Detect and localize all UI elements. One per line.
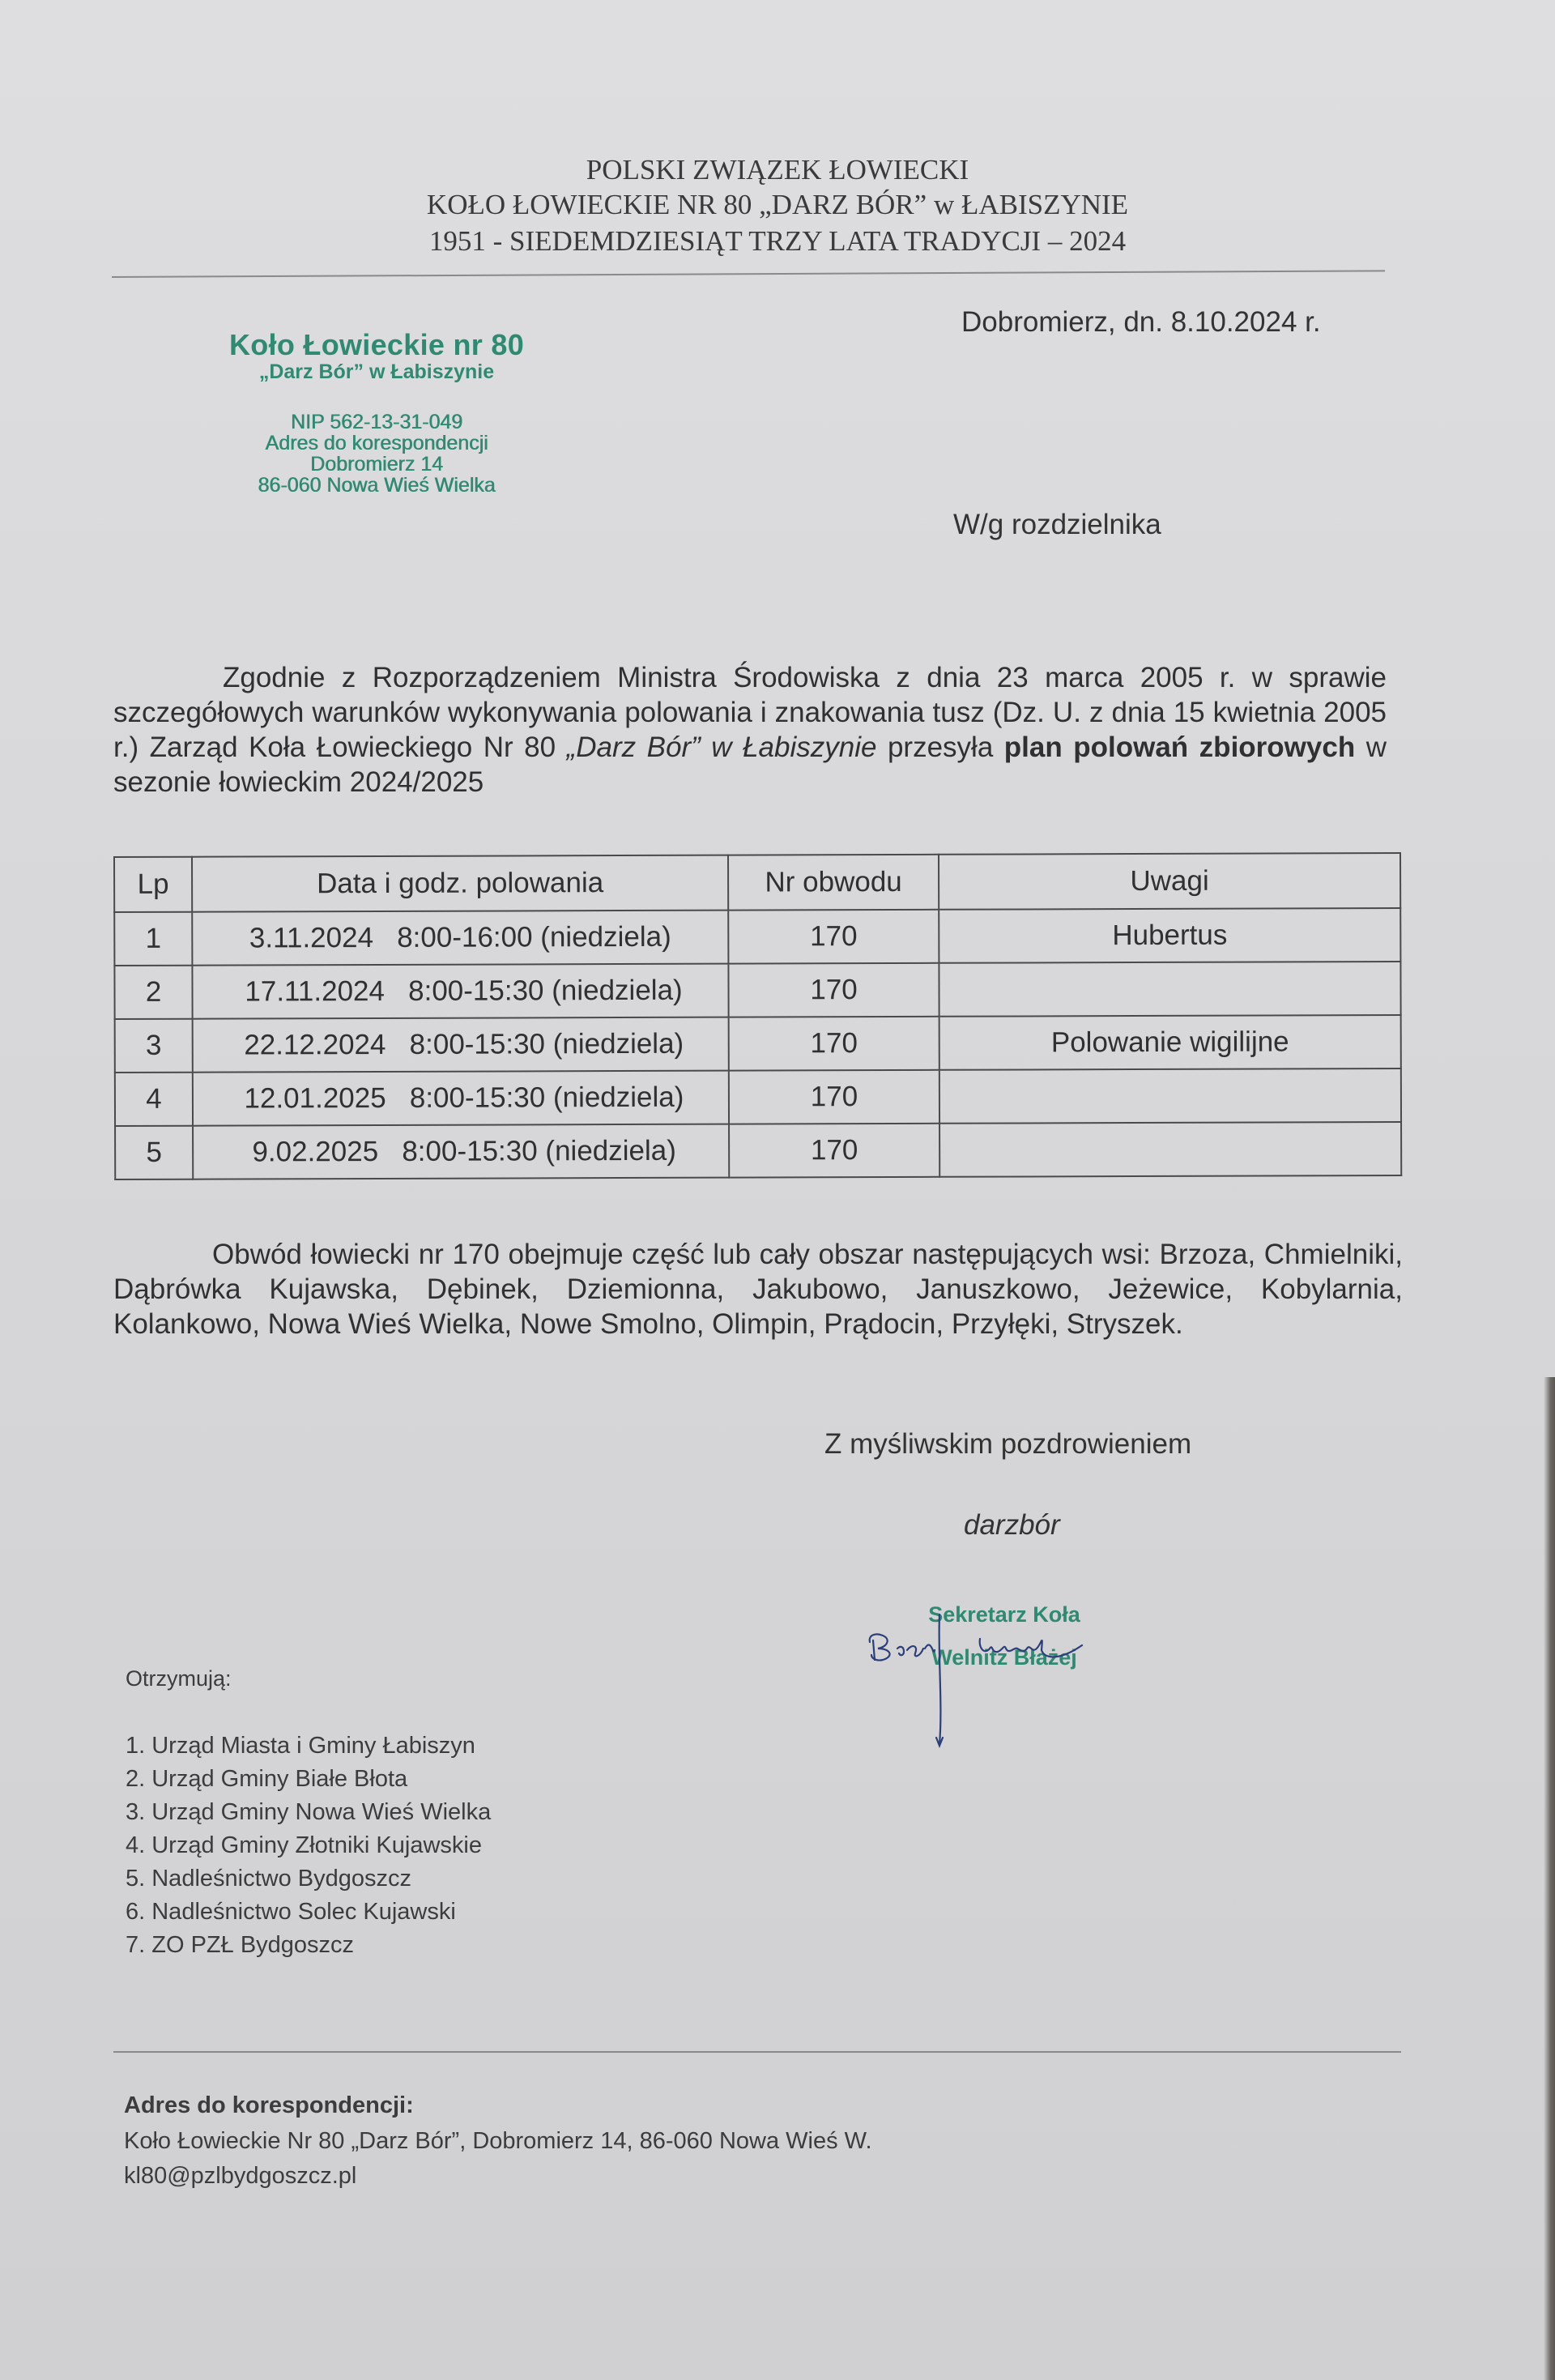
cell-notes (939, 1122, 1401, 1177)
club-stamp: Koło Łowieckie nr 80 „Darz Bór” w Łabisz… (202, 328, 551, 496)
body-paragraph: Zgodnie z Rozporządzeniem Ministra Środo… (113, 660, 1387, 800)
cell-lp: 2 (114, 966, 192, 1019)
cell-lp: 4 (115, 1073, 193, 1126)
hunt-plan-table: Lp Data i godz. polowania Nr obwodu Uwag… (113, 852, 1402, 1180)
cell-notes: Polowanie wigilijne (939, 1015, 1401, 1070)
table-row: 5 9.02.2025 8:00-15:30 (niedziela) 170 (115, 1122, 1401, 1179)
cell-notes (939, 962, 1400, 1017)
table-row: 3 22.12.2024 8:00-15:30 (niedziela) 170 … (115, 1015, 1401, 1073)
list-item: 5. Nadleśnictwo Bydgoszcz (126, 1862, 491, 1896)
body-club-name: „Darz Bór” w Łabiszynie (567, 731, 877, 763)
table-row: 1 3.11.2024 8:00-16:00 (niedziela) 170 H… (114, 908, 1400, 966)
col-header-district: Nr obwodu (728, 855, 939, 911)
list-item: 1. Urząd Miasta i Gminy Łabiszyn (126, 1730, 491, 1763)
stamp-postal: 86-060 Nowa Wieś Wielka (202, 475, 551, 496)
page-edge-shadow (1544, 1377, 1555, 2380)
distribution-list: 1. Urząd Miasta i Gminy Łabiszyn 2. Urzą… (126, 1730, 491, 1962)
list-item: 7. ZO PZŁ Bydgoszcz (126, 1929, 491, 1962)
letter-date: Dobromierz, dn. 8.10.2024 r. (961, 306, 1321, 339)
footer-address: Koło Łowieckie Nr 80 „Darz Bór”, Dobromi… (124, 2128, 872, 2155)
stamp-title: Koło Łowieckie nr 80 (202, 328, 551, 362)
body-text-2: przesyła (876, 731, 1003, 763)
cell-district: 170 (728, 963, 939, 1017)
cell-date: 22.12.2024 8:00-15:30 (niedziela) (193, 1017, 729, 1073)
col-header-notes: Uwagi (939, 853, 1400, 910)
list-item: 6. Nadleśnictwo Solec Kujawski (126, 1896, 491, 1929)
header-tradition-line: 1951 - SIEDEMDZIESIĄT TRZY LATA TRADYCJI… (0, 225, 1555, 258)
table-row: 2 17.11.2024 8:00-15:30 (niedziela) 170 (114, 962, 1400, 1019)
cell-date: 9.02.2025 8:00-15:30 (niedziela) (193, 1124, 729, 1179)
cell-notes: Hubertus (939, 908, 1400, 963)
header-organization: POLSKI ZWIĄZEK ŁOWIECKI (0, 154, 1555, 186)
stamp-address-label: Adres do korespondencji (202, 433, 551, 454)
closing-greeting: Z myśliwskim pozdrowieniem (824, 1428, 1191, 1461)
table-row: 4 12.01.2025 8:00-15:30 (niedziela) 170 (115, 1068, 1401, 1126)
cell-district: 170 (729, 1124, 939, 1178)
cell-date: 12.01.2025 8:00-15:30 (niedziela) (193, 1071, 729, 1126)
footer-divider (113, 2051, 1401, 2053)
cell-district: 170 (728, 910, 939, 964)
list-item: 2. Urząd Gminy Białe Błota (126, 1763, 491, 1796)
stamp-street: Dobromierz 14 (202, 454, 551, 475)
stamp-nip: NIP 562-13-31-049 (202, 412, 551, 433)
closing-signoff: darzbór (964, 1509, 1060, 1542)
stamp-subtitle: „Darz Bór” w Łabiszynie (202, 360, 551, 384)
villages-intro: Obwód łowiecki nr 170 obejmuje część lub… (212, 1239, 1151, 1270)
cell-lp: 1 (114, 912, 192, 966)
cell-district: 170 (729, 1070, 939, 1124)
cell-lp: 3 (115, 1019, 193, 1073)
letter-recipient: W/g rozdzielnika (953, 509, 1161, 541)
cell-lp: 5 (115, 1126, 193, 1179)
villages-paragraph: Obwód łowiecki nr 170 obejmuje część lub… (113, 1237, 1403, 1341)
col-header-lp: Lp (114, 857, 192, 912)
cell-date: 3.11.2024 8:00-16:00 (niedziela) (192, 911, 728, 966)
list-item: 3. Urząd Gminy Nowa Wieś Wielka (126, 1796, 491, 1829)
col-header-date: Data i godz. polowania (192, 855, 728, 912)
list-item: 4. Urząd Gminy Złotniki Kujawskie (126, 1829, 491, 1862)
table-header-row: Lp Data i godz. polowania Nr obwodu Uwag… (114, 853, 1400, 912)
cell-district: 170 (729, 1017, 939, 1071)
header-club-name: KOŁO ŁOWIECKIE NR 80 „DARZ BÓR” w ŁABISZ… (0, 189, 1555, 221)
body-plan-title: plan polowań zbiorowych (1004, 731, 1355, 763)
cell-notes (939, 1068, 1401, 1124)
footer-email[interactable]: kl80@pzlbydgoszcz.pl (124, 2163, 356, 2190)
cell-date: 17.11.2024 8:00-15:30 (niedziela) (192, 964, 728, 1019)
handwritten-signature (858, 1608, 1134, 1754)
distribution-label: Otrzymują: (126, 1666, 232, 1691)
footer-address-label: Adres do korespondencji: (124, 2092, 414, 2119)
